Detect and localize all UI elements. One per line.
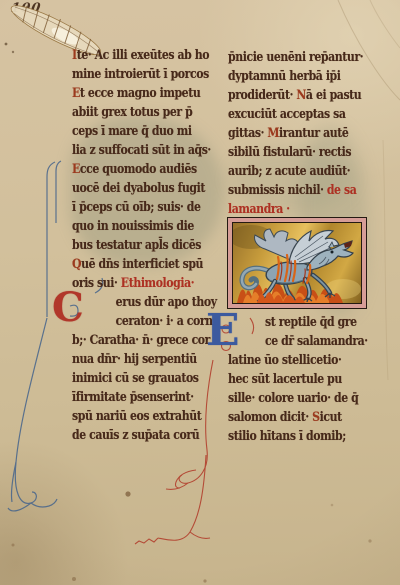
text-run: uocē dei dyabolus fugit [72,181,205,196]
text-line: de cauīs z sup̄ata corū [72,426,232,445]
text-run: abiit grex totus per p̄ [72,105,192,120]
text-line: abiit grex totus per p̄ [72,103,232,122]
text-line: Quē dn̄s interficiet spū [72,255,232,274]
text-run: t ecce magno impetu [80,86,200,101]
text-run: latine ūo stellicetio· [228,353,341,368]
text-line: submissis nichil· de sa [228,181,379,200]
text-run: quo in nouissimis die [72,219,194,234]
folio-number: 100 [10,1,42,16]
text-run: lamandra · [228,202,290,217]
text-line: ceps ī mare q̄ duo mi [72,122,232,141]
text-run: salomon dicit· [228,410,312,425]
text-line: mine introierūt ī porcos [72,65,232,84]
text-run: sille· colore uario· de q̄ [228,391,358,406]
text-run: Q [72,257,81,272]
text-run: stilio hītans ī domib; [228,429,346,444]
text-line: Et ecce magno impetu [72,84,232,103]
text-run: de sa [327,183,357,198]
text-line: excuciūt acceptas sa [228,105,379,124]
text-line: sibilū fistularū· rectis [228,143,379,162]
text-run: spū nariū eos extrahūt [72,409,201,424]
text-run: sibilū fistularū· rectis [228,145,351,160]
text-line: salomon dicit· Sicut [228,408,379,427]
text-run: aurib; z acute audiūt· [228,164,350,179]
salamander-illustration [233,223,361,303]
text-line: ī p̄ceps cū oīb; suis· de [72,198,232,217]
text-run: erus dūr apo thoy [116,295,217,310]
text-line: st reptile q̄d gre [228,313,379,332]
decorated-initial-e: E [206,310,240,352]
text-run: gittas· [228,126,267,141]
text-line: bus testatur apl̄s dicēs [72,236,232,255]
text-run: ā ei pastu [306,88,361,103]
manuscript-page: 100 Ite· Ac illi exeūtes ab homine intro… [0,0,400,585]
text-line: sille· colore uario· de q̄ [228,389,379,408]
text-run: te· Ac illi exeūtes ab ho [77,48,209,63]
text-run: M [267,126,279,141]
text-line: īfirmitate p̄senserint· [72,388,232,407]
text-run: prodiderūt· [228,88,296,103]
text-run: excuciūt acceptas sa [228,107,345,122]
text-column-right-upper: p̄nicie uenēni rep̄antur·dyptamnū herbā … [228,48,400,219]
text-run: irantur autē [279,126,348,141]
text-line: quo in nouissimis die [72,217,232,236]
text-run: ce dr̄ salamandra· [265,334,368,349]
text-line: uocē dei dyabolus fugit [72,179,232,198]
text-run: inimici cū se grauatos [72,371,199,386]
text-line: hec sūt lacertule pu [228,370,379,389]
text-run: icut [320,410,342,425]
text-line: oris sui· Ethimologia· [72,274,232,293]
text-line: gittas· Mirantur autē [228,124,379,143]
salamander-miniature [227,217,367,309]
text-run: ī p̄ceps cū oīb; suis· de [72,200,201,215]
text-column-right-lower: st reptile q̄d grece dr̄ salamandra·lati… [228,313,400,446]
text-line: prodiderūt· Nā ei pastu [228,86,379,105]
text-run: hec sūt lacertule pu [228,372,342,387]
text-line: ce dr̄ salamandra· [228,332,379,351]
text-run: p̄nicie uenēni rep̄antur· [228,50,363,65]
text-run: uē dn̄s interficiet spū [81,257,203,272]
text-line: stilio hītans ī domib; [228,427,379,446]
gold-ground [232,222,362,304]
text-run: Ethimologia· [121,276,194,291]
text-run: bus testatur apl̄s dicēs [72,238,201,253]
text-run: submissis nichil· [228,183,327,198]
text-run: N [296,88,306,103]
text-run: ceps ī mare q̄ duo mi [72,124,192,139]
text-line: inimici cū se grauatos [72,369,232,388]
text-run: de cauīs z sup̄ata corū [72,428,199,443]
text-line: Ecce quomodo audiēs [72,160,232,179]
text-run: īfirmitate p̄senserint· [72,390,194,405]
text-run: cce quomodo audiēs [80,162,197,177]
text-run: mine introierūt ī porcos [72,67,209,82]
text-line: Ite· Ac illi exeūtes ab ho [72,46,232,65]
text-run: dyptamnū herbā ip̄i [228,69,341,84]
text-line: spū nariū eos extrahūt [72,407,232,426]
text-line: p̄nicie uenēni rep̄antur· [228,48,379,67]
text-run: nua dn̄r· hij serpentiū [72,352,197,367]
text-line: aurib; z acute audiūt· [228,162,379,181]
text-run: S [312,410,319,425]
text-line: latine ūo stellicetio· [228,351,379,370]
text-run: ceraton· i· a corni [116,314,217,329]
text-line: dyptamnū herbā ip̄i [228,67,379,86]
text-line: lia z suffocati sūt in aq̄s· [72,141,232,160]
text-run: b;· Caratha· n̄· grece cor [72,333,210,348]
decorated-initial-c: C [52,289,84,327]
text-run: st reptile q̄d gre [265,315,357,330]
text-run: lia z suffocati sūt in aq̄s· [72,143,211,158]
